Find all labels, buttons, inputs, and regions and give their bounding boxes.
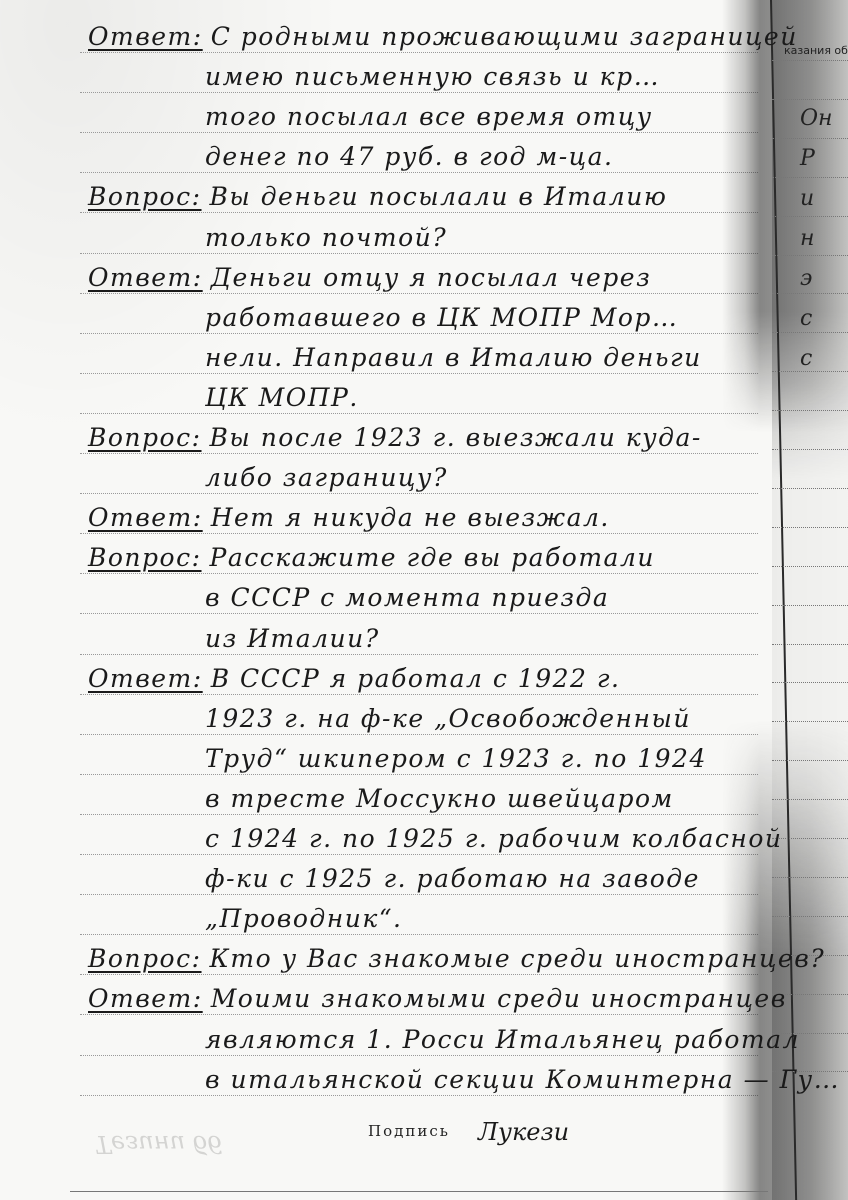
adjacent-page-fragment: Он <box>800 106 833 131</box>
ruled-line <box>80 654 758 655</box>
ruled-line <box>80 734 758 735</box>
question-text: Кто у Вас знакомые среди иностранцев? <box>210 944 826 973</box>
adjacent-ruled-line <box>772 644 848 645</box>
ruled-line <box>80 774 758 775</box>
question-line: Вопрос:Кто у Вас знакомые среди иностран… <box>88 944 825 973</box>
adjacent-ruled-line <box>772 566 848 567</box>
ruled-line <box>80 172 758 173</box>
adjacent-ruled-line <box>772 488 848 489</box>
question-line: Вопрос:Расскажите где вы работали <box>88 543 655 572</box>
signature-label: Подпись <box>368 1122 450 1140</box>
answer-text: В СССР я работал с 1922 г. <box>211 664 621 693</box>
ruled-line <box>80 694 758 695</box>
question-text: Вы после 1923 г. выезжали куда- <box>210 423 702 452</box>
answer-line: Ответ:С родными проживающими заграницей <box>88 22 798 51</box>
adjacent-ruled-line <box>772 99 848 100</box>
ruled-line <box>80 1055 758 1056</box>
ruled-line <box>80 92 758 93</box>
adjacent-ruled-line <box>772 371 848 372</box>
answer-label: Ответ: <box>88 263 203 292</box>
adjacent-page-fragment: э <box>800 266 812 291</box>
answer-line: нели. Направил в Италию деньги <box>205 343 702 372</box>
answer-line: с 1924 г. по 1925 г. рабочим колбасной <box>205 824 782 853</box>
adjacent-ruled-line <box>772 60 848 61</box>
ruled-line <box>80 293 758 294</box>
question-text: Расскажите где вы работали <box>210 543 655 572</box>
ruled-line <box>80 894 758 895</box>
question-label: Вопрос: <box>88 543 202 572</box>
answer-line: Труд“ шкипером с 1923 г. по 1924 <box>205 744 707 773</box>
adjacent-ruled-line <box>772 177 848 178</box>
question-line: либо заграницу? <box>205 463 448 492</box>
adjacent-ruled-line <box>772 760 848 761</box>
question-line: из Италии? <box>205 624 380 653</box>
ruled-line <box>80 253 758 254</box>
answer-line: работавшего в ЦК МОПР Мор… <box>205 303 678 332</box>
ruled-line <box>80 613 758 614</box>
answer-line: „Проводник“. <box>205 904 402 933</box>
answer-line: Ответ:В СССР я работал с 1922 г. <box>88 664 620 693</box>
adjacent-ruled-line <box>772 605 848 606</box>
adjacent-ruled-line <box>772 449 848 450</box>
answer-line: Ответ:Моими знакомыми среди иностранцев <box>88 984 787 1013</box>
question-label: Вопрос: <box>88 944 202 973</box>
ruled-line <box>80 814 758 815</box>
answer-label: Ответ: <box>88 664 203 693</box>
answer-line: 1923 г. на ф-ке „Освобожденный <box>205 704 691 733</box>
ruled-line <box>80 413 758 414</box>
ruled-line <box>80 934 758 935</box>
adjacent-ruled-line <box>772 332 848 333</box>
ruled-line <box>80 212 758 213</box>
answer-label: Ответ: <box>88 984 203 1013</box>
ruled-line <box>80 974 758 975</box>
ruled-line <box>80 854 758 855</box>
ruled-line <box>80 132 758 133</box>
adjacent-ruled-line <box>772 138 848 139</box>
ruled-line <box>80 493 758 494</box>
answer-text: Деньги отцу я посылал через <box>211 263 652 292</box>
adjacent-ruled-line <box>772 799 848 800</box>
adjacent-page-fragment: и <box>800 186 814 211</box>
adjacent-page-fragment: с <box>800 346 812 371</box>
adjacent-ruled-line <box>772 682 848 683</box>
page-fold-shadow <box>722 0 848 1200</box>
answer-text: С родными проживающими заграницей <box>211 22 798 51</box>
question-line: только почтой? <box>205 223 447 252</box>
ruled-line <box>80 533 758 534</box>
adjacent-page-fragment: Р <box>800 146 815 171</box>
answer-line: в тресте Моссукно швейцаром <box>205 784 674 813</box>
answer-line: ф-ки с 1925 г. работаю на заводе <box>205 864 700 893</box>
adjacent-ruled-line <box>772 216 848 217</box>
ruled-line <box>80 373 758 374</box>
answer-label: Ответ: <box>88 503 203 532</box>
adjacent-ruled-line <box>772 916 848 917</box>
answer-line: того посылал все время отцу <box>205 102 653 131</box>
question-line: Вопрос:Вы деньги посылали в Италию <box>88 182 667 211</box>
ruled-line <box>80 1014 758 1015</box>
ruled-line <box>80 333 758 334</box>
signature: Лукези <box>478 1118 569 1146</box>
document-page: казания обв ОнРинэсс Ответ:С родными про… <box>0 0 848 1200</box>
answer-text: Моими знакомыми среди иностранцев <box>211 984 787 1013</box>
question-text: Вы деньги посылали в Италию <box>210 182 668 211</box>
answer-label: Ответ: <box>88 22 203 51</box>
answer-line: ЦК МОПР. <box>205 383 359 412</box>
ruled-line <box>80 1095 758 1096</box>
adjacent-ruled-line <box>772 877 848 878</box>
adjacent-page-fragment: с <box>800 306 812 331</box>
ruled-line <box>80 52 758 53</box>
adjacent-ruled-line <box>772 410 848 411</box>
ruled-line <box>80 453 758 454</box>
adjacent-ruled-line <box>772 721 848 722</box>
answer-line: имею письменную связь и кр… <box>205 62 660 91</box>
question-line: в СССР с момента приезда <box>205 583 609 612</box>
answer-line: денег по 47 руб. в год м-ца. <box>205 142 613 171</box>
adjacent-ruled-line <box>772 255 848 256</box>
question-label: Вопрос: <box>88 182 202 211</box>
page-bottom-edge <box>70 1191 768 1192</box>
adjacent-ruled-line <box>772 527 848 528</box>
adjacent-page-fragment: н <box>800 226 815 251</box>
adjacent-ruled-line <box>772 293 848 294</box>
pencil-note: Тезини б6 <box>95 1130 223 1158</box>
answer-text: Нет я никуда не выезжал. <box>211 503 610 532</box>
ruled-line <box>80 573 758 574</box>
question-line: Вопрос:Вы после 1923 г. выезжали куда- <box>88 423 702 452</box>
answer-line: Ответ:Деньги отцу я посылал через <box>88 263 651 292</box>
question-label: Вопрос: <box>88 423 202 452</box>
answer-line: являются 1. Росси Итальянец работал <box>205 1025 800 1054</box>
answer-line: Ответ:Нет я никуда не выезжал. <box>88 503 610 532</box>
adjacent-ruled-line <box>772 838 848 839</box>
answer-line: в итальянской секции Коминтерна — Гу… <box>205 1065 840 1094</box>
